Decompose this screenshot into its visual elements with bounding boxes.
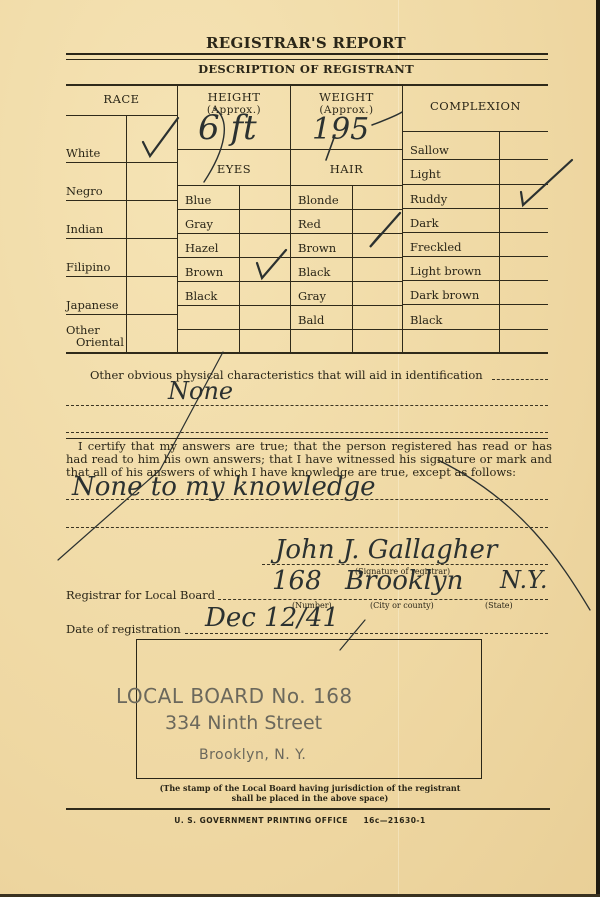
footnote-line1: (The stamp of the Local Board having jur… bbox=[160, 783, 461, 793]
footnote-line2: shall be placed in the above space) bbox=[232, 793, 389, 803]
date-label: Date of registration bbox=[66, 622, 181, 636]
stamp-line2: 334 Ninth Street bbox=[165, 712, 322, 734]
dotted-line bbox=[66, 432, 548, 433]
date-value: Dec 12/41 bbox=[205, 603, 339, 633]
complexion-ruddy-check-icon bbox=[521, 160, 572, 205]
other-characteristics-label: Other obvious physical characteristics t… bbox=[90, 368, 483, 382]
city-caption: (City or county) bbox=[370, 601, 434, 610]
race-white-check-icon bbox=[143, 118, 178, 156]
dotted-line bbox=[66, 405, 548, 406]
form-number: 16c—21630-1 bbox=[363, 816, 425, 825]
printer-footer: U. S. GOVERNMENT PRINTING OFFICE 16c—216… bbox=[0, 816, 600, 825]
certification-exceptions: None to my knowledge bbox=[72, 472, 376, 502]
dotted-line bbox=[66, 527, 548, 528]
local-board-number: 168 bbox=[272, 566, 322, 596]
signature-line bbox=[262, 564, 548, 565]
stamp-line3: Brooklyn, N. Y. bbox=[199, 747, 306, 763]
local-board-line bbox=[218, 599, 548, 600]
hair-brown-check-icon bbox=[370, 213, 400, 247]
local-board-label: Registrar for Local Board bbox=[66, 588, 215, 602]
dotted-line bbox=[492, 379, 548, 380]
eyes-brown-check-icon bbox=[257, 250, 286, 278]
local-board-state: N.Y. bbox=[500, 566, 547, 594]
stamp-box bbox=[136, 639, 482, 779]
stamp-line1: LOCAL BOARD No. 168 bbox=[116, 684, 353, 708]
stamp-footnote: (The stamp of the Local Board having jur… bbox=[120, 783, 500, 803]
registrar-signature: John J. Gallagher bbox=[275, 535, 497, 565]
state-caption: (State) bbox=[485, 601, 513, 610]
other-characteristics-value: None bbox=[168, 377, 233, 405]
date-line bbox=[185, 633, 548, 634]
dotted-line bbox=[66, 499, 548, 500]
footer-rule bbox=[66, 808, 550, 810]
printer-name: U. S. GOVERNMENT PRINTING OFFICE bbox=[174, 816, 348, 825]
local-board-city: Brooklyn bbox=[345, 566, 463, 596]
